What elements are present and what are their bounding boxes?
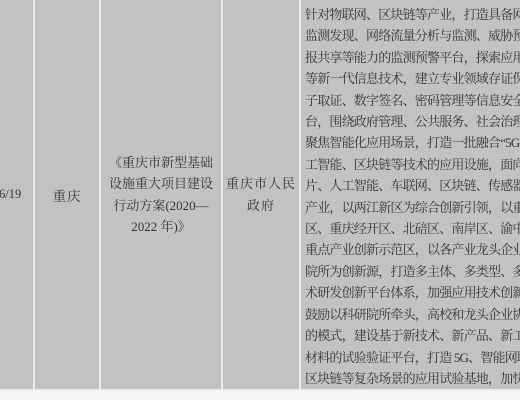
date-text: 6/19 xyxy=(0,187,21,202)
content-line: 子取证、数字签名、密码管理等信息安全 xyxy=(305,90,520,111)
content-line: 院所为创新源，打造多主体、多类型、多 xyxy=(305,261,520,282)
content-line: 片、人工智能、车联网、区块链、传感器 xyxy=(305,175,520,196)
content-line: 等新一代信息技术，建立专业领域存证保 xyxy=(305,68,520,89)
content-line: 鼓励以科研院所牵头，高校和龙头企业协 xyxy=(305,304,520,325)
cell-region: 重庆 xyxy=(35,0,99,389)
region-text: 重庆 xyxy=(53,185,82,205)
content-line: 材料的试验验证平台，打造 5G、智能网联 xyxy=(305,347,520,368)
content-line: 报共享等能力的监测预警平台，探索应用 xyxy=(305,47,520,68)
content-line: 区、重庆经开区、北碚区、南岸区、渝中 xyxy=(305,218,520,239)
content-lines: 针对物联网、区块链等产业，打造具备网监测发现、网络流量分析与监测、威胁预报共享等… xyxy=(305,4,520,389)
policy-title-line: 设施重大项目建设 xyxy=(109,173,213,195)
issuer-line: 重庆市人民 xyxy=(226,173,296,195)
content-line: 重点产业创新示范区，以各产业龙头企业 xyxy=(305,239,520,260)
document-page: 6/19 重庆 《重庆市新型基础设施重大项目建设行动方案(2020—2022 年… xyxy=(0,0,520,400)
content-line: 监测发现、网络流量分析与监测、威胁预 xyxy=(305,25,520,46)
cell-date: 6/19 xyxy=(0,0,33,389)
issuer-lines: 重庆市人民政府 xyxy=(226,173,296,216)
content-line: 台，围绕政府管理、公共服务、社会治理等 xyxy=(305,111,520,132)
content-line: 术研发创新平台体系，加强应用技术创新 xyxy=(305,282,520,303)
table-row: 6/19 重庆 《重庆市新型基础设施重大项目建设行动方案(2020—2022 年… xyxy=(0,0,520,391)
issuer-line: 政府 xyxy=(226,195,296,217)
cell-policy-title: 《重庆市新型基础设施重大项目建设行动方案(2020—2022 年)》 xyxy=(101,0,221,389)
policy-title-line: 行动方案(2020— xyxy=(109,195,213,217)
content-line: 区块链等复杂场景的应用试验基地，加快 xyxy=(305,368,520,389)
cell-issuer: 重庆市人民政府 xyxy=(223,0,299,389)
content-line: 的模式，建设基于新技术、新产品、新工 xyxy=(305,325,520,346)
content-line: 针对物联网、区块链等产业，打造具备网 xyxy=(305,4,520,25)
content-line: 工智能、区块链等技术的应用设施，面向 xyxy=(305,154,520,175)
content-line: 产业，以两江新区为综合创新引领，以重 xyxy=(305,197,520,218)
policy-title-line: 2022 年)》 xyxy=(109,216,213,238)
policy-title-lines: 《重庆市新型基础设施重大项目建设行动方案(2020—2022 年)》 xyxy=(109,152,213,238)
cell-content: 针对物联网、区块链等产业，打造具备网监测发现、网络流量分析与监测、威胁预报共享等… xyxy=(301,0,520,389)
policy-title-line: 《重庆市新型基础 xyxy=(109,152,213,174)
content-line: 聚焦智能化应用场景，打造一批融合“5G xyxy=(305,132,520,153)
